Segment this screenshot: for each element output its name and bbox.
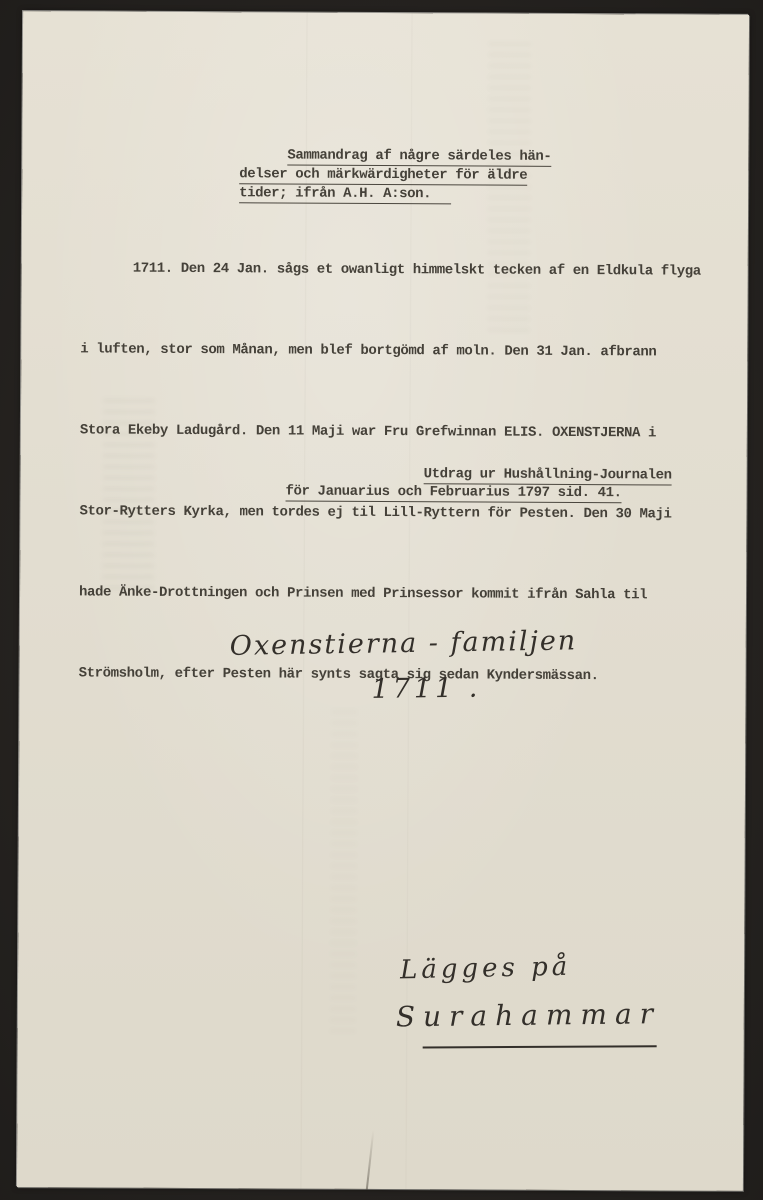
document-page: Sammandrag af någre särdeles hän- delser… <box>17 11 749 1191</box>
handwritten-family-annotation: Oxenstierna - familjen <box>230 625 578 661</box>
body-line-2: i luften, stor som Månan, men blef bortg… <box>80 336 740 366</box>
typed-heading-line-1: Sammandrag af någre särdeles hän- <box>287 147 551 166</box>
body-line-1: 1711. Den 24 Jan. sågs et owanligt himme… <box>81 255 741 285</box>
source-ref-line-2: för Januarius och Februarius 1797 sid. 4… <box>286 483 622 503</box>
typed-heading-line-2: delser och märkwärdigheter för äldre <box>239 166 527 186</box>
body-line-5: hade Änke-Drottningen och Prinsen med Pr… <box>79 579 739 609</box>
handwritten-year-annotation: 1711 . <box>371 673 481 705</box>
handwritten-underline <box>423 1045 657 1048</box>
source-ref-line-1: Utdrag ur Hushållning-Journalen <box>424 466 672 485</box>
bleedthrough-ghost-middle <box>330 703 358 1033</box>
body-line-4: Stor-Rytters Kyrka, men tordes ej til Li… <box>79 498 739 528</box>
body-line-3: Stora Ekeby Ladugård. Den 11 Maji war Fr… <box>80 417 740 447</box>
handwritten-note-surahammar: Surahammar <box>396 997 662 1033</box>
handwritten-note-line-1: Lägges på <box>400 952 572 986</box>
paper-crease <box>366 1130 374 1190</box>
